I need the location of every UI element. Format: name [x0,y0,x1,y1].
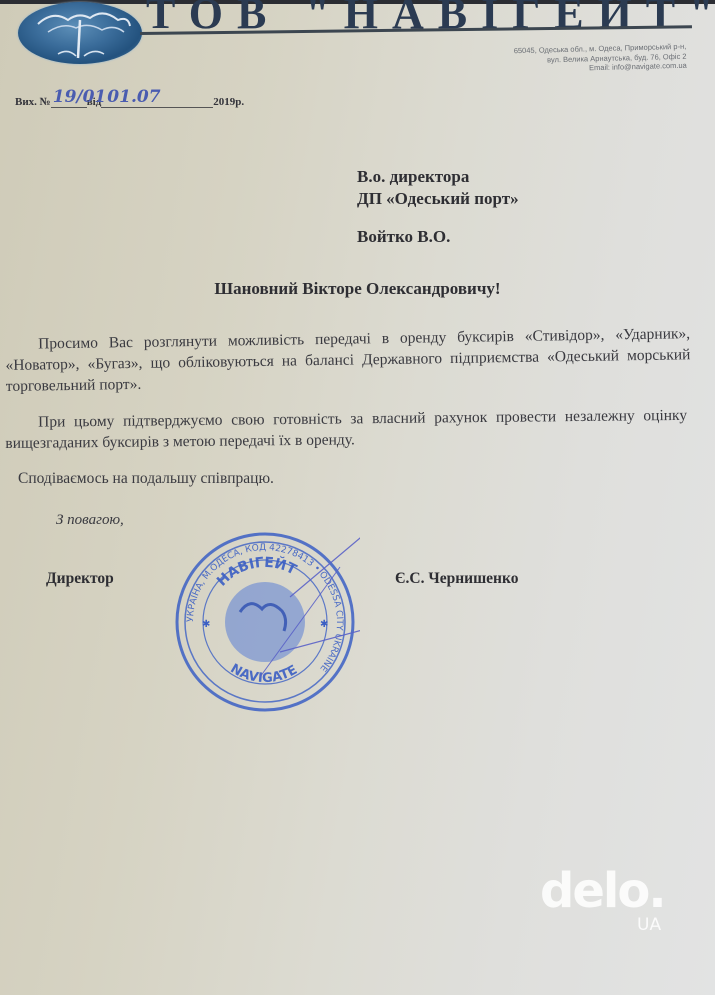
delo-watermark-suffix: UA [637,915,661,935]
paragraph-text: Просимо Вас розглянути можливість переда… [5,325,691,395]
handwritten-date: 01.07 [107,87,160,107]
svg-text:NAVIGATE: NAVIGATE [228,661,300,686]
outgoing-prefix: Вих. № [15,96,51,108]
svg-text:✱: ✱ [202,619,210,630]
company-logo [18,2,142,64]
signatory-name: Є.С. Чернишенко [395,570,518,588]
recipient-position: В.о. директора [357,166,519,188]
body-paragraph-2: При цьому підтверджуємо свою готовність … [5,405,687,454]
greeting: Шановний Вікторе Олександровичу! [0,279,715,299]
company-stamp: УКРАЇНА, М.ОДЕСА, КОД 42278413 • ODESSA … [170,527,360,717]
recipient-name: Войтко В.О. [357,226,519,248]
svg-text:✱: ✱ [320,619,328,630]
company-address: 65045, Одеська обл., м. Одеса, Приморськ… [514,42,687,75]
recipient-organization: ДП «Одеський порт» [357,188,519,210]
closing-phrase: З повагою, [56,512,124,529]
body-paragraph-3: Сподіваємось на подальшу співпрацю. [18,468,274,489]
year: 2019р. [213,96,244,108]
recipient-block: В.о. директора ДП «Одеський порт» Войтко… [357,166,519,248]
paragraph-text: При цьому підтверджуємо свою готовність … [5,407,687,452]
body-paragraph-1: Просимо Вас розглянути можливість переда… [5,323,691,397]
outgoing-reference: Вих. №19/01від01.072019р. [15,95,244,108]
handwritten-number: 19/01 [53,87,107,107]
delo-watermark-logo: delo. [540,866,665,916]
signatory-title: Директор [46,570,114,588]
